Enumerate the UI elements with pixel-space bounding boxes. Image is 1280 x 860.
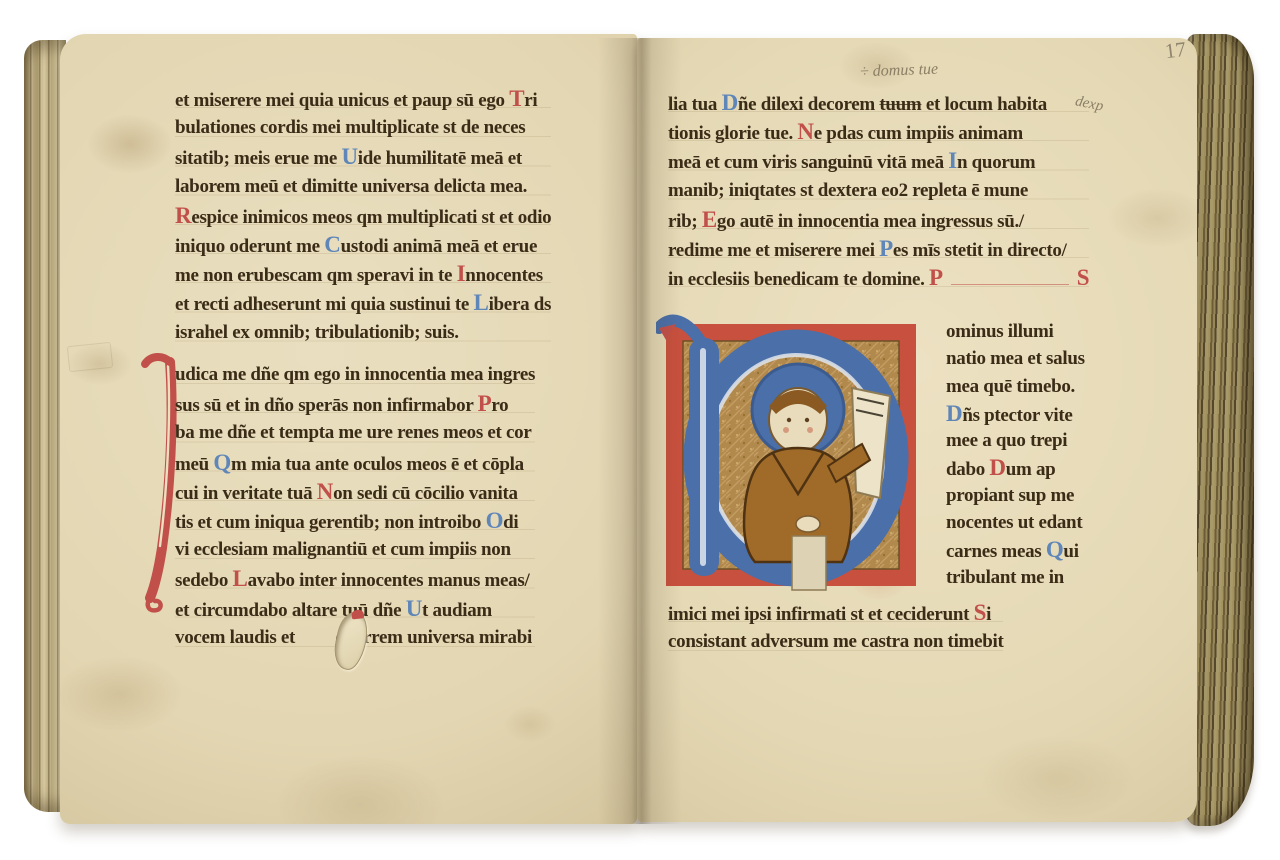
manuscript-line: nocentes ut edant (946, 509, 1085, 536)
blind-scratch-mark (67, 342, 113, 372)
text-segment: mee a quo trepi (946, 430, 1067, 451)
text-segment: tis et cum iniqua gerentib; non introibo (175, 512, 486, 533)
manuscript-line: et miserere mei quia unicus et paup sū e… (175, 84, 551, 113)
monk-hand (796, 516, 820, 532)
colored-initial: I (948, 148, 957, 173)
text-segment: tuum (879, 94, 921, 115)
j-top-hook (145, 357, 170, 364)
j-bottom-curl (148, 598, 161, 610)
manuscript-line: consistant adversum me castra non timebi… (668, 627, 1003, 656)
manuscript-line: vi ecclesiam malignantiū et cum impiis n… (175, 535, 535, 564)
text-segment: ide humilitatē meā et (358, 148, 522, 169)
text-segment: on sedi cū cōcilio vanita (333, 483, 518, 504)
manuscript-line: udica me dñe qm ego in innocentia mea in… (175, 360, 535, 389)
text-segment: mea quē timebo. (946, 376, 1075, 397)
text-segment: rib; (668, 211, 702, 232)
text-segment: et miserere mei quia unicus et paup sū e… (175, 90, 509, 111)
colored-initial: U (406, 596, 422, 621)
manuscript-line: tribulant me in (946, 564, 1085, 591)
text-segment: tribulant me in (946, 567, 1064, 588)
manuscript-line: sedebo Lavabo inter innocentes manus mea… (175, 564, 535, 593)
colored-initial: P (879, 236, 893, 261)
colored-initial: N (317, 479, 333, 504)
text-segment: vi ecclesiam malignantiū et cum impiis n… (175, 539, 511, 560)
manuscript-line: meū Qm mia tua ante oculos meos ē et cōp… (175, 448, 535, 477)
left-page: et miserere mei quia unicus et paup sū e… (60, 34, 637, 824)
text-segment: sitatib; meis erue me (175, 148, 341, 169)
text-segment: ui (1063, 541, 1078, 562)
colored-initial: N (797, 119, 813, 144)
text-segment: tionis glorie tue. (668, 123, 797, 144)
manuscript-line: natio mea et salus (946, 345, 1085, 372)
manuscript-line: et recti adheserunt mi quia sustinui te … (175, 288, 551, 317)
text-segment: ñe dilexi decorem (738, 94, 879, 115)
left-page-text-lower: udica me dñe qm ego in innocentia mea in… (175, 360, 535, 652)
text-segment: t audiam (422, 600, 492, 621)
text-segment: consistant adversum me castra non timebi… (668, 631, 1003, 652)
colored-initial: I (457, 261, 466, 286)
colored-initial: S (1077, 265, 1090, 290)
right-page: 17 ÷ domus tue dexp lia tua Dñe dilexi d… (637, 38, 1197, 822)
colored-initial: Q (213, 450, 231, 475)
illuminated-initial-d (656, 298, 940, 598)
manuscript-line: imici mei ipsi infirmati st et ceciderun… (668, 598, 1003, 627)
text-segment: espice inimicos meos qm multiplicati st … (191, 207, 551, 228)
colored-initial: P (929, 265, 943, 290)
text-segment: manib; iniqtates st dextera eo2 repleta … (668, 180, 1028, 201)
manuscript-line: sitatib; meis erue me Uide humilitatē me… (175, 142, 551, 171)
text-segment: avabo inter innocentes manus meas/ (248, 570, 530, 591)
interlinear-gloss: ÷ domus tue (860, 61, 939, 82)
manuscript-line: ominus illumi (946, 318, 1085, 345)
manuscript-line: carnes meas Qui (946, 536, 1085, 563)
colored-initial: S (974, 600, 987, 625)
text-segment: imici mei ipsi infirmati st et ceciderun… (668, 604, 974, 625)
colored-initial: T (509, 86, 524, 111)
manuscript-line: mee a quo trepi (946, 427, 1085, 454)
manuscript-line: ba me dñe et tempta me ure renes meos et… (175, 418, 535, 447)
text-segment: vocem laudis et (175, 627, 300, 648)
colored-initial: R (175, 203, 191, 228)
text-segment: ominus illumi (946, 321, 1054, 342)
text-segment: bulationes cordis mei multiplicate st de… (175, 117, 525, 138)
manuscript-line: tis et cum iniqua gerentib; non introibo… (175, 506, 535, 535)
manuscript-line: me non erubescam qm speravi in te Innoce… (175, 259, 551, 288)
text-segment: laborem meū et dimitte universa delicta … (175, 176, 527, 197)
manuscript-line: mea quē timebo. (946, 373, 1085, 400)
colored-initial: O (486, 508, 504, 533)
text-segment: et locum habita (921, 94, 1047, 115)
colored-initial: C (324, 232, 340, 257)
text-segment: natio mea et salus (946, 348, 1085, 369)
text-segment: lia tua (668, 94, 722, 115)
right-page-text-column: ominus illuminatio mea et salusmea quē t… (946, 318, 1085, 591)
manuscript-line: sus sū et in dño sperās non infirmabor P… (175, 389, 535, 418)
manuscript-photo: et miserere mei quia unicus et paup sū e… (0, 0, 1280, 860)
text-segment: iniquo oderunt me (175, 236, 324, 257)
manuscript-line: israhel ex omnib; tribulationib; suis. (175, 318, 551, 347)
text-segment: cui in veritate tuā (175, 483, 317, 504)
text-segment: et circumdabo altare tuū dñe (175, 600, 406, 621)
text-segment: me non erubescam qm speravi in te (175, 265, 457, 286)
manuscript-line: rib; Ego autē in innocentia mea ingressu… (668, 205, 1089, 234)
text-segment: ri (524, 90, 537, 111)
text-segment: in ecclesiis benedicam te domine. (668, 269, 929, 290)
text-segment: redime me et miserere mei (668, 240, 879, 261)
text-segment: israhel ex omnib; tribulationib; suis. (175, 322, 459, 343)
manuscript-line: redime me et miserere mei Pes mīs stetit… (668, 234, 1089, 263)
text-segment: et recti adheserunt mi quia sustinui te (175, 294, 474, 315)
manuscript-line: cui in veritate tuā Non sedi cū cōcilio … (175, 477, 535, 506)
text-segment: sus sū et in dño sperās non infirmabor (175, 395, 478, 416)
colored-initial: U (341, 144, 357, 169)
hole-red-mark (351, 609, 364, 619)
folio-number: 17 (1164, 37, 1188, 64)
manuscript-line: Dñs ptector vite (946, 400, 1085, 427)
text-segment: sedebo (175, 570, 233, 591)
text-segment: ro (491, 395, 508, 416)
right-page-text-upper: lia tua Dñe dilexi decorem tuum et locum… (668, 88, 1089, 292)
colored-initial: Q (1046, 537, 1064, 562)
text-segment: um ap (1006, 459, 1056, 480)
manuscript-line: dabo Dum ap (946, 454, 1085, 481)
left-page-text-upper: et miserere mei quia unicus et paup sū e… (175, 84, 551, 347)
text-segment: carnes meas (946, 541, 1046, 562)
text-segment: ñs ptector vite (962, 405, 1072, 426)
manuscript-line: iniquo oderunt me Custodi animā meā et e… (175, 230, 551, 259)
colored-initial: L (233, 566, 248, 591)
manuscript-line: in ecclesiis benedicam te domine. PS (668, 263, 1089, 292)
colored-initial: D (946, 401, 962, 426)
text-segment: nnocentes (465, 265, 543, 286)
manuscript-line: tionis glorie tue. Ne pdas cum impiis an… (668, 117, 1089, 146)
colored-initial: L (474, 290, 489, 315)
text-segment: nocentes ut edant (946, 512, 1082, 533)
text-segment: udica me dñe qm ego in innocentia mea in… (175, 364, 535, 385)
text-segment: meā et cum viris sanguinū vitā meā (668, 152, 948, 173)
manuscript-line: manib; iniqtates st dextera eo2 repleta … (668, 176, 1089, 205)
colored-initial: D (989, 455, 1005, 480)
manuscript-line: meā et cum viris sanguinū vitā meā In qu… (668, 146, 1089, 175)
d-stem-highlight (700, 348, 706, 566)
text-segment: meū (175, 454, 213, 475)
text-segment: es mīs stetit in directo/ (893, 240, 1067, 261)
text-segment: di (503, 512, 518, 533)
text-segment: i (986, 604, 991, 625)
text-segment: ustodi animā meā et erue (341, 236, 538, 257)
text-segment: n quorum (957, 152, 1035, 173)
monk-undergarment (792, 536, 826, 590)
text-segment: ibera ds (489, 294, 552, 315)
manuscript-line: lia tua Dñe dilexi decorem tuum et locum… (668, 88, 1089, 117)
manuscript-line: propiant sup me (946, 482, 1085, 509)
text-segment: e pdas cum impiis animam (814, 123, 1023, 144)
text-segment: propiant sup me (946, 485, 1074, 506)
colored-initial: D (722, 90, 738, 115)
manuscript-line: laborem meū et dimitte universa delicta … (175, 172, 551, 201)
manuscript-line: Respice inimicos meos qm multiplicati st… (175, 201, 551, 230)
text-segment: go autē in innocentia mea ingressus sū./ (717, 211, 1024, 232)
text-segment: m mia tua ante oculos meos ē et cōpla (231, 454, 524, 475)
right-page-text-lower: imici mei ipsi infirmati st et ceciderun… (668, 598, 1003, 656)
text-segment: dabo (946, 459, 989, 480)
text-segment: ba me dñe et tempta me ure renes meos et… (175, 422, 531, 443)
manuscript-line: bulationes cordis mei multiplicate st de… (175, 113, 551, 142)
colored-initial: P (478, 391, 492, 416)
text-segment (951, 273, 1069, 285)
colored-initial: E (702, 207, 717, 232)
